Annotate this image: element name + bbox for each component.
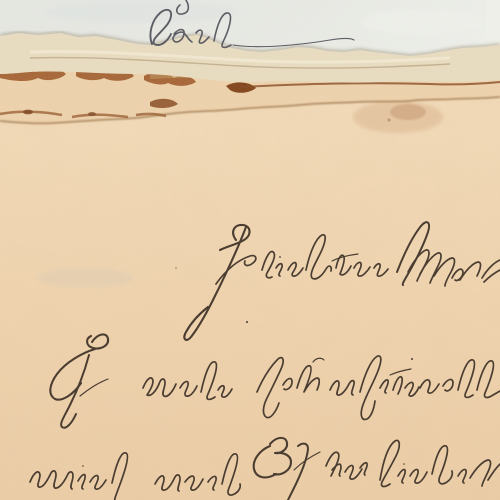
scan-artwork bbox=[0, 0, 500, 500]
letter-scan-page: Karl Geliebter Mann Ich warte sehnsuchts… bbox=[0, 0, 500, 500]
paper-grain-overlay bbox=[0, 0, 500, 500]
